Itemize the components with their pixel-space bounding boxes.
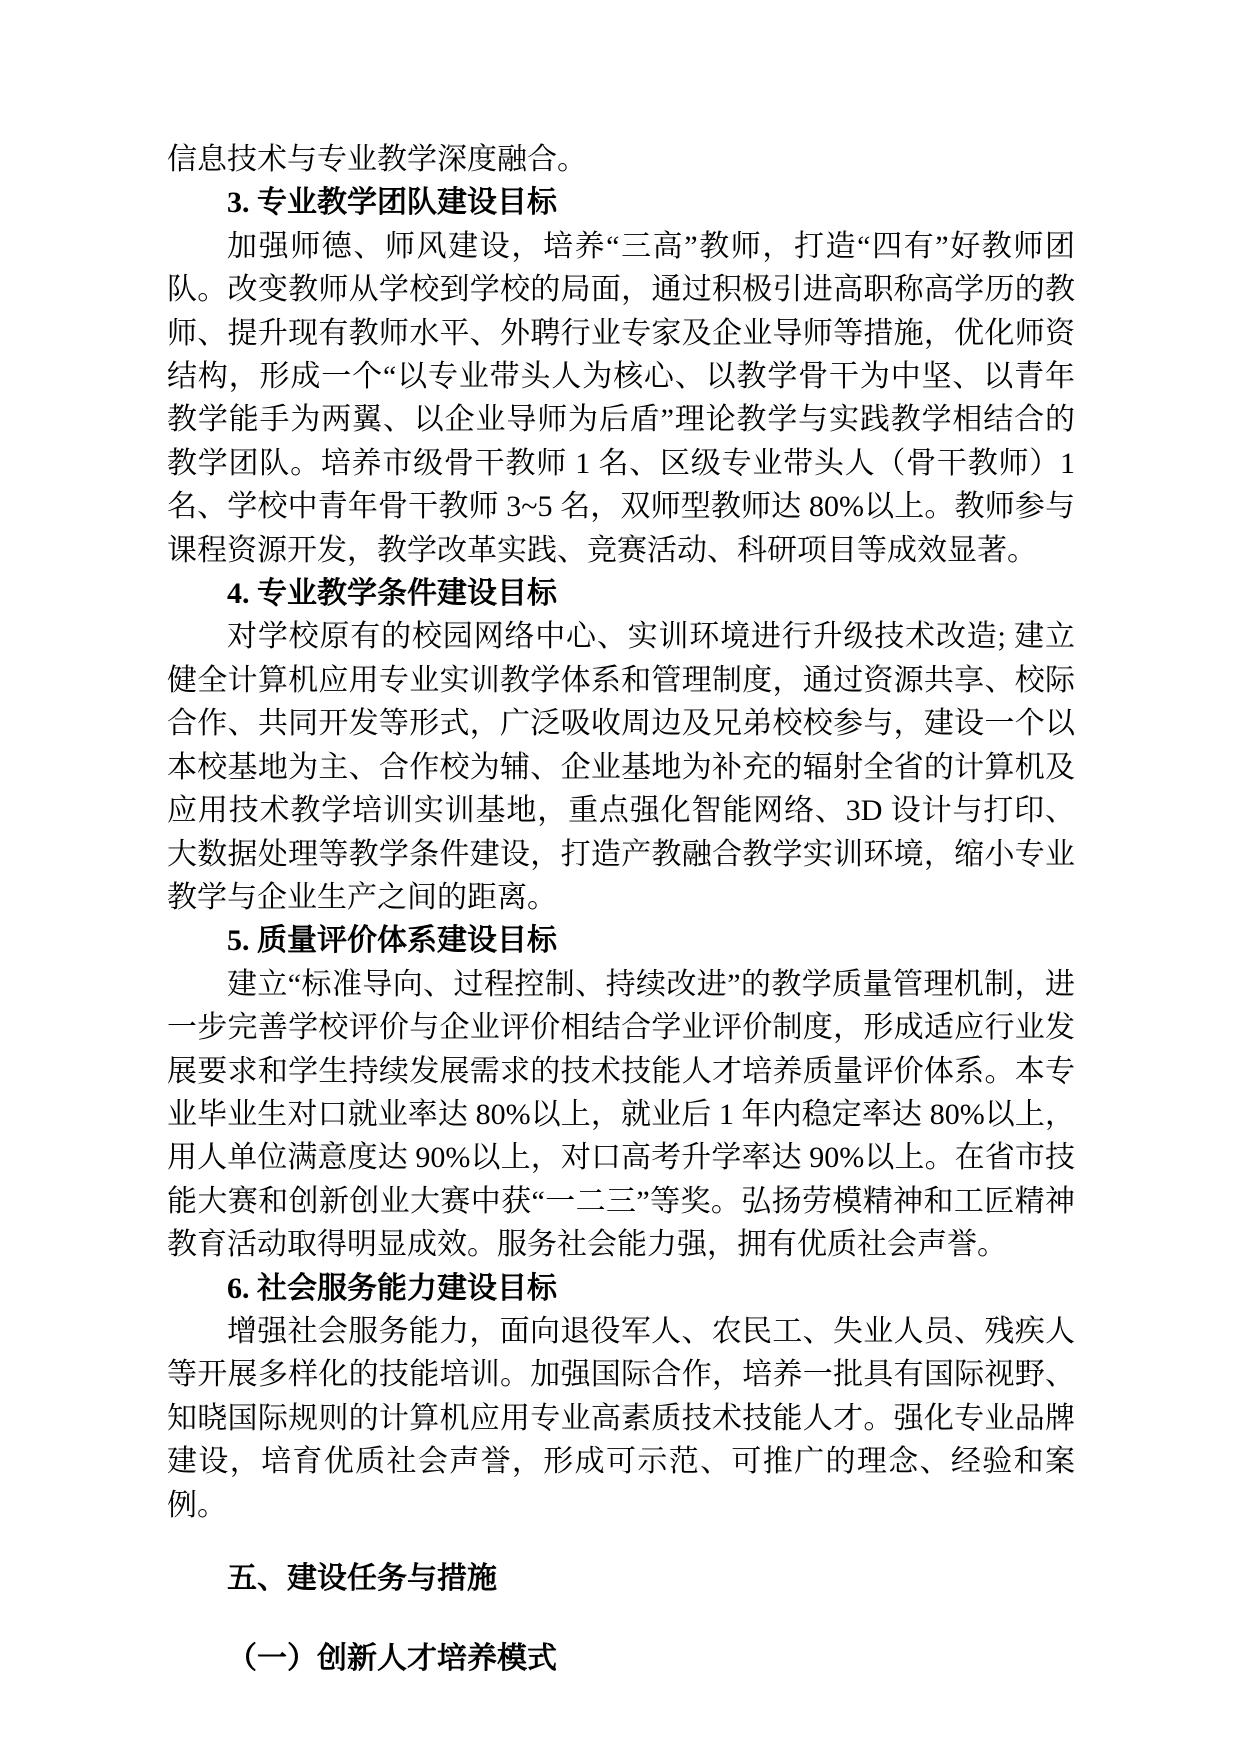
document-page: 信息技术与专业教学深度融合。3. 专业教学团队建设目标加强师德、师风建设，培养“… [0,0,1240,1753]
subsection-heading-10: （一）创新人才培养模式 [167,1637,1075,1680]
numbered-heading-1: 3. 专业教学团队建设目标 [167,181,1075,224]
document-content: 信息技术与专业教学深度融合。3. 专业教学团队建设目标加强师德、师风建设，培养“… [167,138,1075,1681]
paragraph-continuation-0: 信息技术与专业教学深度融合。 [167,138,1075,181]
chapter-heading-9: 五、建设任务与措施 [167,1557,1075,1600]
numbered-heading-7: 6. 社会服务能力建设目标 [167,1267,1075,1310]
body-paragraph-4: 对学校原有的校园网络中心、实训环境进行升级技术改造; 建立健全计算机应用专业实训… [167,615,1075,919]
body-paragraph-6: 建立“标准导向、过程控制、持续改进”的教学质量管理机制，进一步完善学校评价与企业… [167,963,1075,1267]
numbered-heading-3: 4. 专业教学条件建设目标 [167,572,1075,615]
body-paragraph-2: 加强师德、师风建设，培养“三高”教师，打造“四有”好教师团队。改变教师从学校到学… [167,225,1075,572]
body-paragraph-8: 增强社会服务能力，面向退役军人、农民工、失业人员、残疾人等开展多样化的技能培训。… [167,1310,1075,1527]
numbered-heading-5: 5. 质量评价体系建设目标 [167,919,1075,962]
